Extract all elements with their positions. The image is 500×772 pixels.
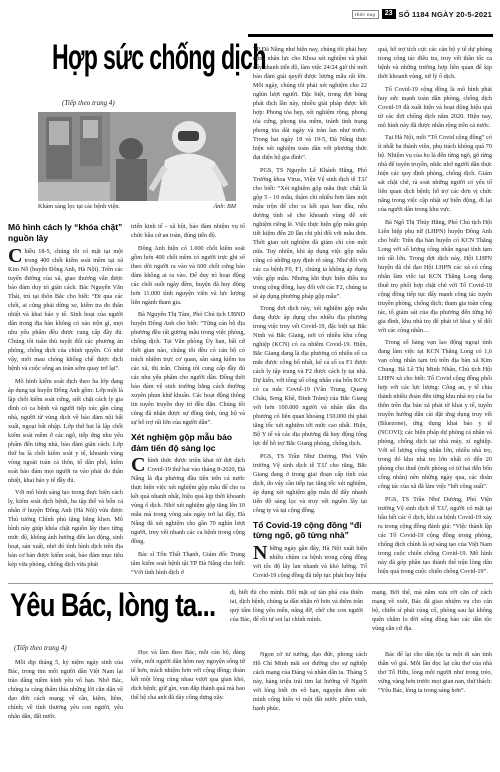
article-paragraph: Mỗi dịp tháng 5, kỷ niệm ngày sinh của B… bbox=[8, 658, 123, 721]
article-paragraph: Chiều 18-5, chúng tôi có mặt tại một tro… bbox=[8, 247, 123, 373]
article-paragraph: Bà Ngô Thị Thúy Hằng, Phó Chủ tịch Hội L… bbox=[378, 218, 492, 335]
paragraph-text: hiều 18-5, chúng tôi có mặt tại một tron… bbox=[8, 248, 123, 372]
article-paragraph: Tại Hà Nội, mỗi “Tổ Covid cộng đồng” có … bbox=[378, 133, 492, 214]
newspaper-page: thời nay 23 SỐ 1184 NGÀY 20-5-2021 Hợp s… bbox=[0, 0, 500, 772]
issue-date-line: SỐ 1184 NGÀY 20-5-2021 bbox=[399, 10, 493, 19]
photo-illustration bbox=[38, 112, 236, 201]
article-paragraph: Chính thức được triển khai từ đợt dịch C… bbox=[131, 456, 245, 546]
article-paragraph: Ngọn cờ tư tưởng, đạo đức, phong cách Hồ… bbox=[253, 650, 367, 713]
bottom-upper-column-a: dị, biết đủ cho mình. Đối mặt sự tàn phá… bbox=[230, 588, 363, 645]
article-paragraph: mạng. Bởi thế, mà năm xưa rời căn cứ các… bbox=[372, 588, 492, 633]
article-photo bbox=[38, 112, 236, 201]
photo-credit: Ảnh: BM bbox=[213, 203, 236, 210]
article-paragraph: Đông Anh hiện có 1.000 chốt kiểm soát gồ… bbox=[131, 244, 245, 307]
article-paragraph: triển kinh tế - xã hội, bảo đảm nhiệm vụ… bbox=[131, 222, 245, 240]
bottom-continuation-note: (Tiếp theo trang 4) bbox=[14, 644, 67, 652]
header-rule bbox=[248, 34, 493, 37]
paragraph-text: hững ngày gần đây, Hà Nội xuất hiện nhiề… bbox=[253, 545, 367, 579]
article-paragraph: PGS, TS Trần Như Dương, Phó Viện trưởng … bbox=[378, 495, 492, 576]
article-paragraph: PGS, TS Nguyễn Lê Khánh Hằng, Phó Trưởng… bbox=[253, 166, 367, 301]
article-paragraph: Tổ Covid-19 cộng đồng là mô hình phát hu… bbox=[378, 85, 492, 130]
page-header: thời nay 23 SỐ 1184 NGÀY 20-5-2021 bbox=[352, 9, 492, 19]
bottom-upper-column-b: mạng. Bởi thế, mà năm xưa rời căn cứ các… bbox=[372, 588, 492, 645]
article-paragraph: PGS, TS Trần Như Dương, Phó Viện trưởng … bbox=[253, 452, 367, 515]
article-paragraph: Học và làm theo Bác, mỗi cán bộ, đảng vi… bbox=[131, 648, 245, 702]
paragraph-text: hính thức được triển khai từ đợt dịch Co… bbox=[131, 457, 245, 545]
drop-cap: N bbox=[253, 544, 269, 562]
masthead-logo: thời nay bbox=[352, 10, 379, 19]
column-1: Mô hình cách ly “khóa chặt” nguồn lây Ch… bbox=[8, 222, 123, 579]
article-paragraph: Trong số hàng vạn lao động ngoại tỉnh đa… bbox=[378, 338, 492, 491]
main-headline: Hợp sức chống dịch bbox=[52, 40, 266, 76]
page-number-badge: 23 bbox=[382, 9, 396, 19]
article-paragraph: dị, biết đủ cho mình. Đối mặt sự tàn phá… bbox=[230, 588, 363, 624]
subheading-to-covid: Tổ Covid-19 cộng đồng “đi từng ngõ, gõ t… bbox=[253, 520, 367, 541]
drop-cap: C bbox=[8, 247, 24, 265]
article-paragraph: Mô hình kiểm soát dịch theo ba lớp đang … bbox=[8, 377, 123, 485]
column-4: quả, hỗ trợ tích cực các cán bộ y tế dự … bbox=[378, 45, 492, 579]
article-paragraph: TP Đà Nẵng như hiện nay, chúng tôi phải … bbox=[253, 45, 367, 162]
article-paragraph: Những ngày gần đây, Hà Nội xuất hiện nhi… bbox=[253, 544, 367, 580]
continuation-note: (Tiếp theo trang 4) bbox=[62, 99, 115, 107]
column-3: TP Đà Nẵng như hiện nay, chúng tôi phải … bbox=[253, 45, 367, 579]
subheading-xet-nghiem: Xét nghiệm gộp mẫu bảo đảm tiến độ sàng … bbox=[131, 432, 245, 453]
article-paragraph: Bà Nguyễn Thị Tám, Phó Chủ tịch UBND huy… bbox=[131, 310, 245, 427]
photo-caption-row: Khám sàng lọc tại các bệnh viện. Ảnh: BM bbox=[38, 203, 236, 210]
photo-caption: Khám sàng lọc tại các bệnh viện. bbox=[38, 203, 120, 210]
article-paragraph: quả, hỗ trợ tích cực các cán bộ y tế dự … bbox=[378, 45, 492, 81]
bottom-column-1: Mỗi dịp tháng 5, kỷ niệm ngày sinh của B… bbox=[8, 658, 123, 768]
article-paragraph: Trong đợt dịch này, xét nghiệm gộp mẫu đ… bbox=[253, 304, 367, 448]
bottom-column-3: Ngọn cờ tư tưởng, đạo đức, phong cách Hồ… bbox=[253, 650, 367, 768]
column-2: triển kinh tế - xã hội, bảo đảm nhiệm vụ… bbox=[131, 222, 245, 579]
article-paragraph: Với mô hình sáng tạo trong thực hiện các… bbox=[8, 488, 123, 569]
section-divider-rule bbox=[8, 583, 493, 584]
article-paragraph: Bác để lại cho dân tộc ta một di sản tin… bbox=[378, 650, 492, 695]
drop-cap: C bbox=[131, 456, 147, 474]
article-paragraph: Bác sĩ Tôn Thất Thạnh, Giám đốc Trung tâ… bbox=[131, 550, 245, 577]
bottom-headline: Yêu Bác, lòng ta... bbox=[10, 588, 215, 622]
section-heading-cachly: Mô hình cách ly “khóa chặt” nguồn lây bbox=[8, 222, 123, 243]
bottom-column-2: Học và làm theo Bác, mỗi cán bộ, đảng vi… bbox=[131, 648, 245, 768]
bottom-column-4: Bác để lại cho dân tộc ta một di sản tin… bbox=[378, 650, 492, 768]
